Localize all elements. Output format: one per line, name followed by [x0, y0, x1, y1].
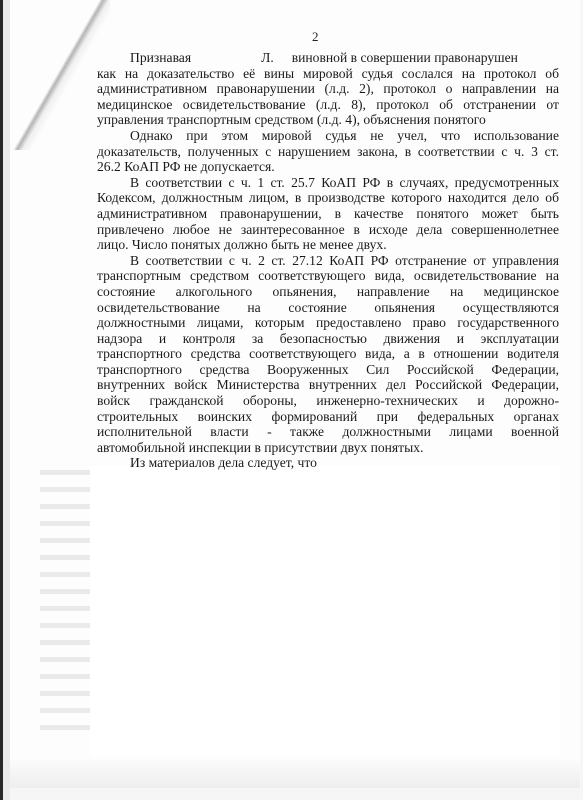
- text-line: надзора и контроля за безопасностью движ…: [97, 331, 559, 347]
- redacted-name-fragment: Л.: [261, 50, 274, 65]
- paragraph-5: Из материалов дела следует, что: [97, 455, 567, 471]
- text-line: Кодексом, должностным лицом, в производс…: [97, 190, 559, 206]
- text-line: исполнительной власти - также должностны…: [97, 424, 559, 440]
- scan-left-strip: [3, 0, 10, 800]
- paragraph-1: ПризнаваяЛ.виновной в совершении правона…: [97, 50, 567, 128]
- text-line: войск гражданской обороны, инженерно-тех…: [97, 393, 559, 409]
- text-line: ПризнаваяЛ.виновной в совершении правона…: [97, 50, 583, 66]
- page-bottom-shade: [10, 760, 580, 788]
- text-fragment: Признавая: [130, 50, 191, 65]
- text-line: 26.2 КоАП РФ не допускается.: [97, 159, 567, 175]
- text-line: медицинское освидетельствование (л.д. 8)…: [97, 97, 559, 113]
- paragraph-3: В соответствии с ч. 1 ст. 25.7 КоАП РФ в…: [97, 175, 567, 253]
- text-line: Из материалов дела следует, что: [97, 455, 567, 471]
- text-line: административном правонарушении, в качес…: [97, 206, 559, 222]
- text-line: лицо. Число понятых должно быть не менее…: [97, 237, 567, 253]
- text-line: административном правонарушении (л.д. 2)…: [97, 81, 559, 97]
- text-line: автомобильной инспекции в присутствии дв…: [97, 440, 567, 456]
- paragraph-4: В соответствии с ч. 2 ст. 27.12 КоАП РФ …: [97, 253, 567, 456]
- text-line: доказательств, полученных с нарушением з…: [97, 144, 559, 160]
- text-line: строительных воинских формирований при ф…: [97, 409, 559, 425]
- text-line: управления транспортным средством (л.д. …: [97, 112, 567, 128]
- text-line: внутренних войск Министерства внутренних…: [97, 377, 559, 393]
- text-line: В соответствии с ч. 2 ст. 27.12 КоАП РФ …: [97, 253, 559, 269]
- text-line: освидетельствование на состояние опьянен…: [97, 300, 559, 316]
- document-body: ПризнаваяЛ.виновной в совершении правона…: [97, 28, 567, 471]
- redacted-area: [90, 466, 560, 756]
- text-line: транспортного средства Вооруженных Сил Р…: [97, 362, 559, 378]
- bleed-through-text: [40, 470, 90, 730]
- text-line: В соответствии с ч. 1 ст. 25.7 КоАП РФ в…: [97, 175, 559, 191]
- text-fragment: виновной в совершении правонарушен: [292, 50, 518, 65]
- text-line: транспортного средства соответствующего …: [97, 346, 559, 362]
- text-line: состояние алкогольного опьянения, направ…: [97, 284, 559, 300]
- scanned-document: 2 ПризнаваяЛ.виновной в совершении право…: [0, 0, 583, 800]
- text-line: должностными лицами, которым предоставле…: [97, 315, 559, 331]
- text-line: транспортным средством соответствующего …: [97, 268, 559, 284]
- text-line: Однако при этом мировой судья не учел, ч…: [97, 128, 559, 144]
- text-line: привлечено любое не заинтересованное в и…: [97, 222, 559, 238]
- text-line: как на доказательство её вины мировой су…: [97, 66, 559, 82]
- paragraph-2: Однако при этом мировой судья не учел, ч…: [97, 128, 567, 175]
